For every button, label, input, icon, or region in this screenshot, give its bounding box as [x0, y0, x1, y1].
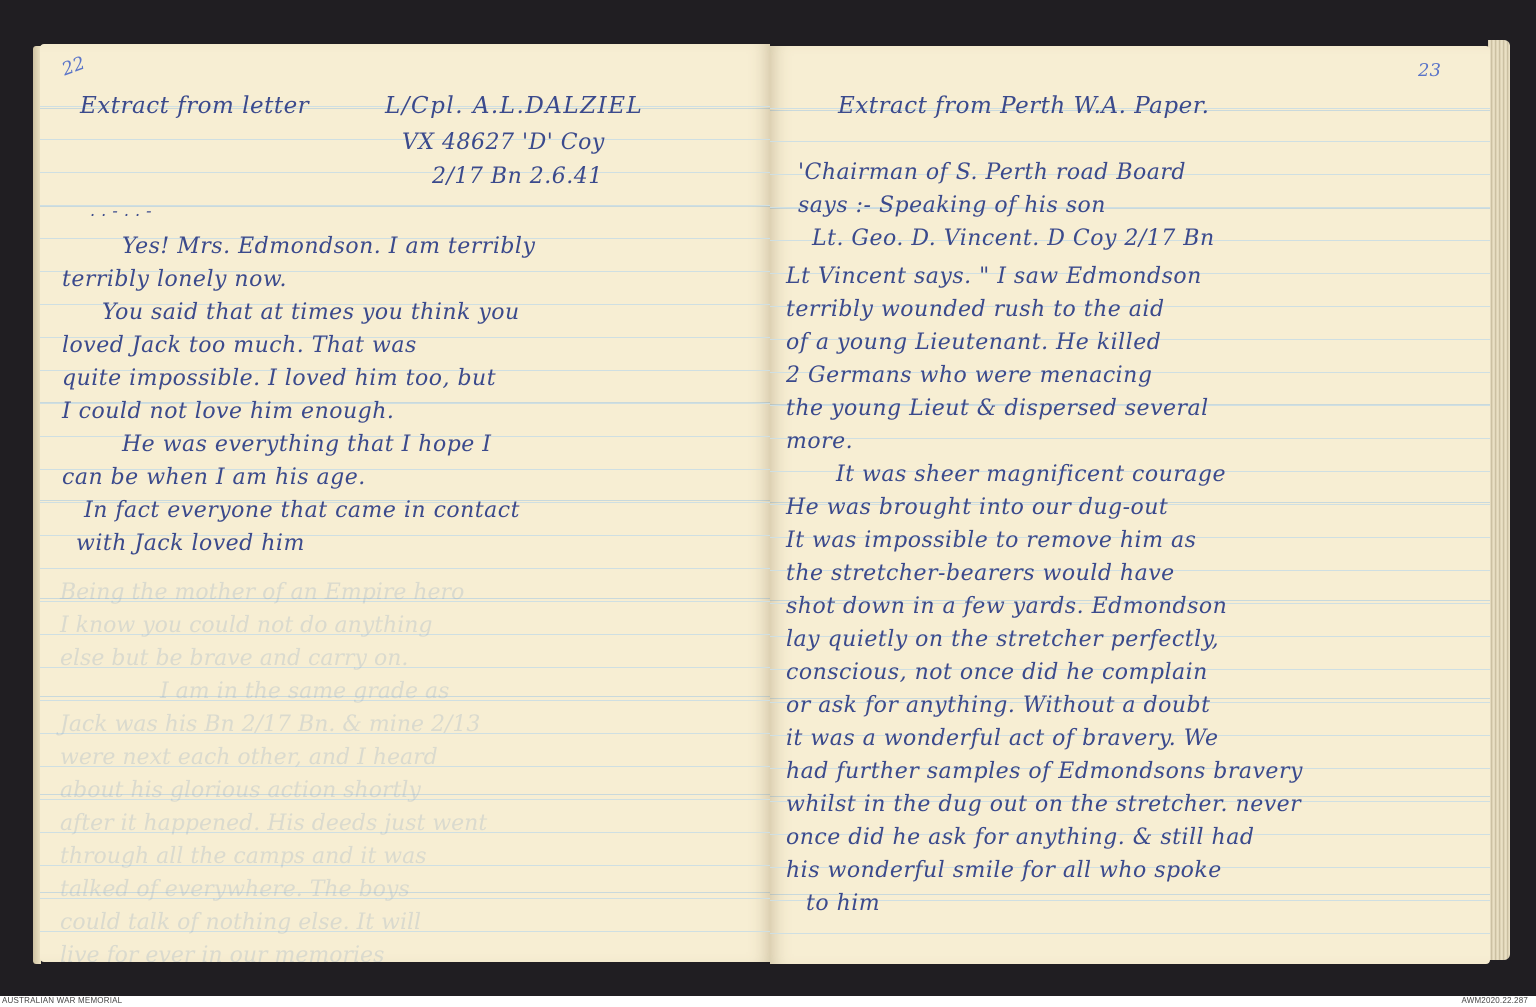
text-line: his wonderful smile for all who spoke [786, 854, 1303, 887]
text-line: whilst in the dug out on the stretcher. … [786, 788, 1303, 821]
open-notebook: 22 Being the mother of an Empire hero I … [0, 0, 1536, 996]
bleed-line: live for ever in our memories [60, 939, 487, 962]
letter-heading-author: L/Cpl. A.L.DALZIEL [385, 90, 643, 123]
bleed-line: were next each other, and I heard [60, 741, 487, 774]
text-line: 2 Germans who were menacing [786, 359, 1303, 392]
bleed-line: through all the camps and it was [60, 840, 487, 873]
text-line: It was impossible to remove him as [786, 524, 1303, 557]
text-line: conscious, not once did he complain [786, 656, 1303, 689]
text-line: it was a wonderful act of bravery. We [786, 722, 1303, 755]
institution-credit: AUSTRALIAN WAR MEMORIAL [2, 996, 122, 1005]
text-line: the stretcher-bearers would have [786, 557, 1303, 590]
letter-heading-title: Extract from letter [80, 90, 309, 123]
text-line: once did he ask for anything. & still ha… [786, 821, 1303, 854]
text-line: terribly lonely now. [62, 263, 535, 296]
text-line: says :- Speaking of his son [798, 189, 1215, 222]
text-line: quite impossible. I loved him too, but [62, 362, 535, 395]
letter-body: Yes! Mrs. Edmondson. I am terribly terri… [62, 230, 535, 560]
text-line: Lt. Geo. D. Vincent. D Coy 2/17 Bn [798, 222, 1215, 255]
text-line: He was everything that I hope I [62, 428, 535, 461]
article-intro: 'Chairman of S. Perth road Board says :-… [798, 156, 1215, 255]
article-body: Lt Vincent says. " I saw Edmondson terri… [786, 260, 1303, 920]
text-line: You said that at times you think you [62, 296, 535, 329]
bleed-through-text: Being the mother of an Empire hero I kno… [60, 576, 487, 962]
bleed-line: about his glorious action shortly [60, 774, 487, 807]
text-line: to him [786, 887, 1303, 920]
left-page: 22 Being the mother of an Empire hero I … [40, 44, 770, 962]
text-line: can be when I am his age. [62, 461, 535, 494]
text-line: It was sheer magnificent courage [786, 458, 1303, 491]
bleed-line: Being the mother of an Empire hero [60, 576, 487, 609]
text-line: with Jack loved him [62, 527, 535, 560]
text-line: terribly wounded rush to the aid [786, 293, 1303, 326]
bleed-line: after it happened. His deeds just went [60, 807, 487, 840]
article-heading: Extract from Perth W.A. Paper. [838, 90, 1209, 123]
right-page: 23 Extract from Perth W.A. Paper. 'Chair… [770, 46, 1490, 964]
text-line: 'Chairman of S. Perth road Board [798, 156, 1215, 189]
text-line: shot down in a few yards. Edmondson [786, 590, 1303, 623]
text-line: or ask for anything. Without a doubt [786, 689, 1303, 722]
bleed-line: else but be brave and carry on. [60, 642, 487, 675]
text-line: had further samples of Edmondsons braver… [786, 755, 1303, 788]
text-line: In fact everyone that came in contact [62, 494, 535, 527]
text-line: loved Jack too much. That was [62, 329, 535, 362]
accession-number: AWM2020.22.287 [1461, 996, 1528, 1005]
text-line: Lt Vincent says. " I saw Edmondson [786, 260, 1303, 293]
ellipsis: . . - . . - [90, 194, 152, 227]
letter-heading-unit-date: 2/17 Bn 2.6.41 [432, 160, 603, 193]
text-line: of a young Lieutenant. He killed [786, 326, 1303, 359]
bleed-line: I am in the same grade as [60, 675, 487, 708]
text-line: more. [786, 425, 1303, 458]
bleed-line: I know you could not do anything [60, 609, 487, 642]
text-line: lay quietly on the stretcher perfectly, [786, 623, 1303, 656]
text-line: I could not love him enough. [62, 395, 535, 428]
text-line: Yes! Mrs. Edmondson. I am terribly [62, 230, 535, 263]
page-number: 23 [1418, 60, 1441, 81]
bleed-line: talked of everywhere. The boys [60, 873, 487, 906]
page-edge-right [1488, 40, 1510, 960]
bleed-line: could talk of nothing else. It will [60, 906, 487, 939]
bleed-line: Jack was his Bn 2/17 Bn. & mine 2/13 [60, 708, 487, 741]
text-line: He was brought into our dug-out [786, 491, 1303, 524]
text-line: the young Lieut & dispersed several [786, 392, 1303, 425]
letter-heading-service-number: VX 48627 'D' Coy [402, 126, 605, 159]
